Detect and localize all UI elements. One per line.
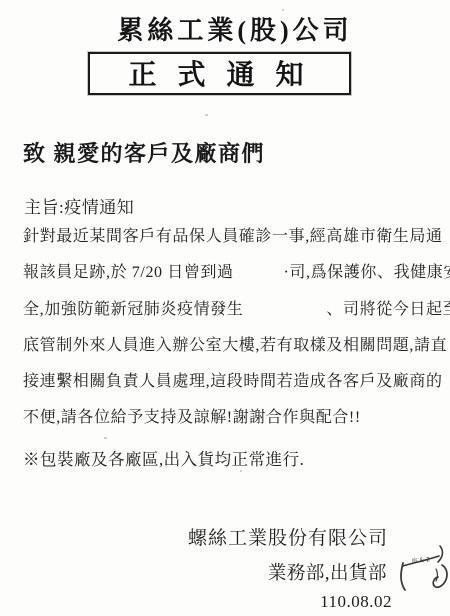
scan-speck — [240, 470, 242, 472]
handwritten-mark-icon: 庭 & 2 — [395, 543, 450, 615]
company-header: 累絲工業(股)公司 — [0, 10, 450, 47]
subject-line: 主旨:疫情通知 — [24, 193, 134, 218]
scan-speck — [104, 437, 107, 439]
scan-speck — [282, 9, 284, 11]
footer-departments: 業務部,出貨部 — [268, 559, 387, 585]
notice-title: 正 式 通 知 — [128, 53, 310, 93]
footer-date: 110.08.02 — [320, 592, 392, 612]
footer-company: 螺絲工業股份有限公司 — [188, 523, 388, 550]
body-line: 接連繫相關負責人員處理,這段時間若造成各客戶及廠商的 — [23, 364, 440, 400]
body-line: 全,加強防範新冠肺炎疫情發生 、司將從今日起至 8 月 — [23, 292, 440, 328]
note-line: ※包裝廠及各廠區,出入貨均正常進行. — [23, 446, 304, 470]
salutation: 致 親愛的客戶及廠商們 — [23, 137, 265, 168]
notice-title-box: 正 式 通 知 — [88, 52, 351, 95]
body-line: 底管制外來人員進入辦公室大樓,若有取樣及相關問題,請直 — [23, 328, 440, 364]
scan-speck — [205, 114, 208, 116]
body-line: 報該員足跡,於 7/20 日曾到過 ·司,爲保護你、我健康安 — [23, 255, 440, 291]
body-line: 不便,請各位給予支持及諒解!謝謝合作與配合!! — [23, 400, 440, 436]
document-page: 累絲工業(股)公司 正 式 通 知 致 親愛的客戶及廠商們 主旨:疫情通知 針對… — [0, 0, 450, 616]
svg-text:庭 & 2: 庭 & 2 — [411, 555, 430, 565]
body-line: 針對最近某間客戶有品保人員確診一事,經高雄市衛生局通 — [23, 219, 440, 255]
body-paragraph: 針對最近某間客戶有品保人員確診一事,經高雄市衛生局通 報該員足跡,於 7/20 … — [23, 219, 440, 437]
